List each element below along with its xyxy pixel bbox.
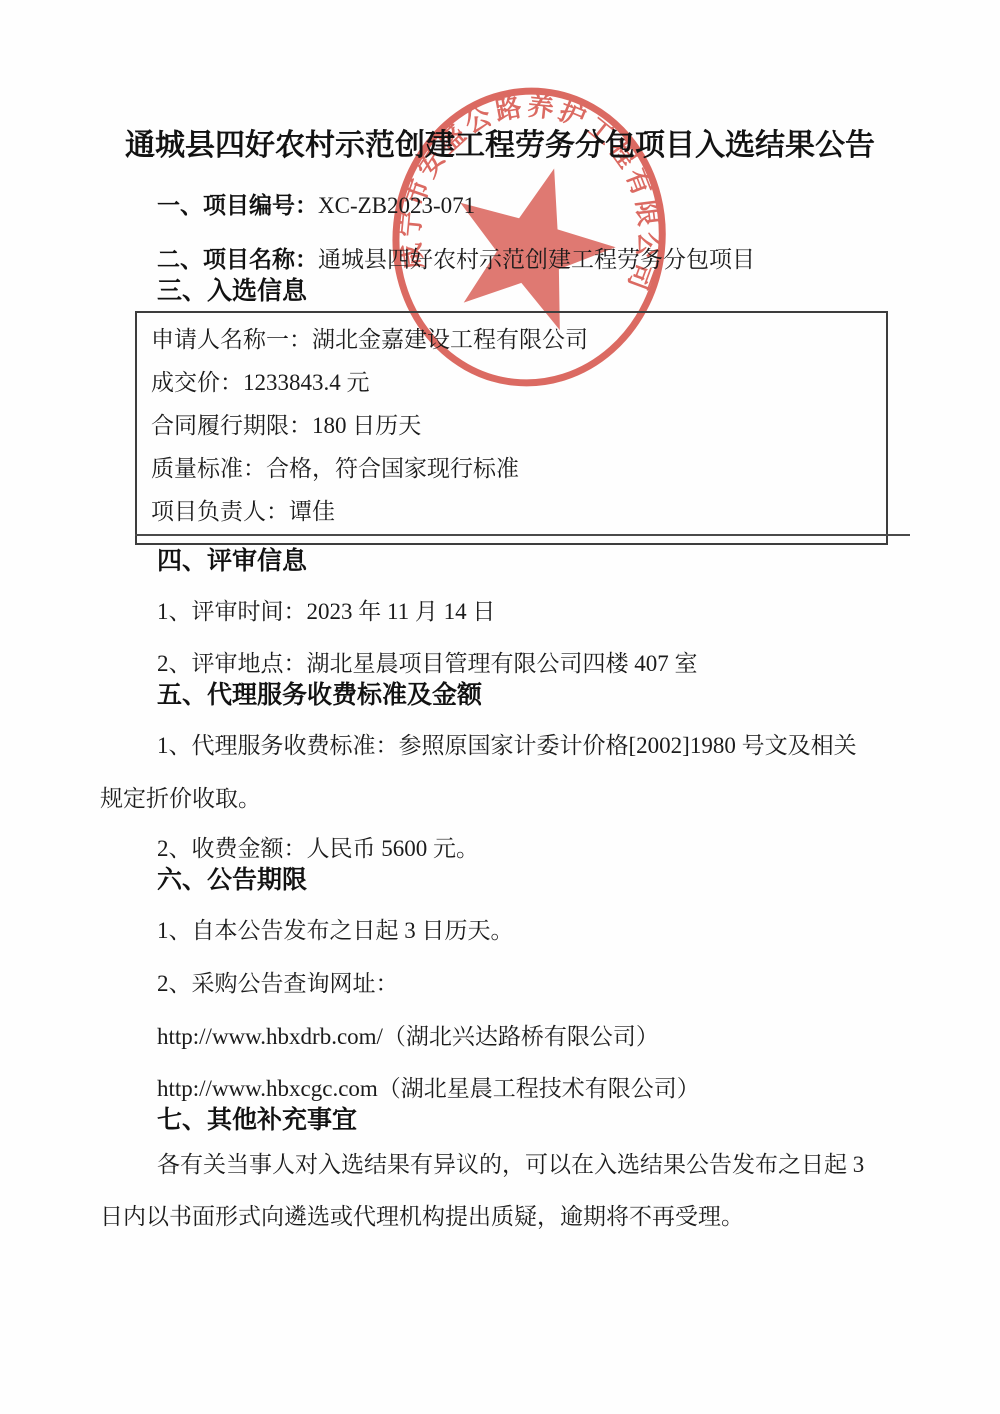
heading-selection-info: 三、入选信息 [100, 275, 900, 307]
review-location-line: 2、评审地点：湖北星晨项目管理有限公司四楼 407 室 [100, 649, 900, 679]
page-title: 通城县四好农村示范创建工程劳务分包项目入选结果公告 [100, 126, 900, 166]
table-row-quality: 质量标准：合格，符合国家现行标准 [137, 447, 886, 490]
notice-duration-line: 1、自本公告发布之日起 3 日历天。 [100, 916, 900, 946]
table-row-project-leader: 项目负责人：谭佳 [137, 490, 886, 533]
project-number-line: 一、项目编号：XC-ZB2023-071 [100, 190, 900, 221]
project-name-line: 二、项目名称：通城县四好农村示范创建工程劳务分包项目 [100, 244, 900, 275]
other-matters-line2: 日内以书面形式向遴选或代理机构提出质疑，逾期将不再受理。 [100, 1202, 900, 1232]
project-name-value: 通城县四好农村示范创建工程劳务分包项目 [318, 247, 755, 272]
table-bottom-line [135, 534, 910, 536]
heading-notice-period: 六、公告期限 [100, 864, 900, 896]
selection-info-table: 申请人名称一：湖北金嘉建设工程有限公司 成交价：1233843.4 元 合同履行… [135, 311, 888, 545]
notice-query-label: 2、采购公告查询网址： [100, 969, 900, 999]
table-row-deal-price: 成交价：1233843.4 元 [137, 361, 886, 404]
table-row-contract-period: 合同履行期限：180 日历天 [137, 404, 886, 447]
table-row-applicant: 申请人名称一：湖北金嘉建设工程有限公司 [137, 318, 886, 361]
fee-standard-line2: 规定折价收取。 [100, 784, 900, 814]
review-time-line: 1、评审时间：2023 年 11 月 14 日 [100, 597, 900, 627]
heading-other-matters: 七、其他补充事宜 [100, 1104, 900, 1136]
document-page: 咸宁市安盛公路养护工程有限公司 通城县四好农村示范创建工程劳务分包项目入选结果公… [0, 0, 1000, 1414]
fee-amount-line: 2、收费金额：人民币 5600 元。 [100, 834, 900, 864]
other-matters-line1: 各有关当事人对入选结果有异议的，可以在入选结果公告发布之日起 3 [100, 1150, 900, 1180]
notice-url2: http://www.hbxcgc.com（湖北星晨工程技术有限公司） [100, 1074, 900, 1104]
heading-review-info: 四、评审信息 [100, 545, 900, 577]
project-number-label: 一、项目编号： [157, 192, 318, 218]
fee-standard-line1: 1、代理服务收费标准：参照原国家计委计价格[2002]1980 号文及相关 [100, 731, 900, 761]
notice-url1: http://www.hbxdrb.com/（湖北兴达路桥有限公司） [100, 1022, 900, 1052]
project-name-label: 二、项目名称： [157, 246, 318, 272]
document-content: 通城县四好农村示范创建工程劳务分包项目入选结果公告 一、项目编号：XC-ZB20… [100, 0, 900, 1232]
heading-agency-fee: 五、代理服务收费标准及金额 [100, 679, 900, 711]
project-number-value: XC-ZB2023-071 [318, 193, 475, 218]
